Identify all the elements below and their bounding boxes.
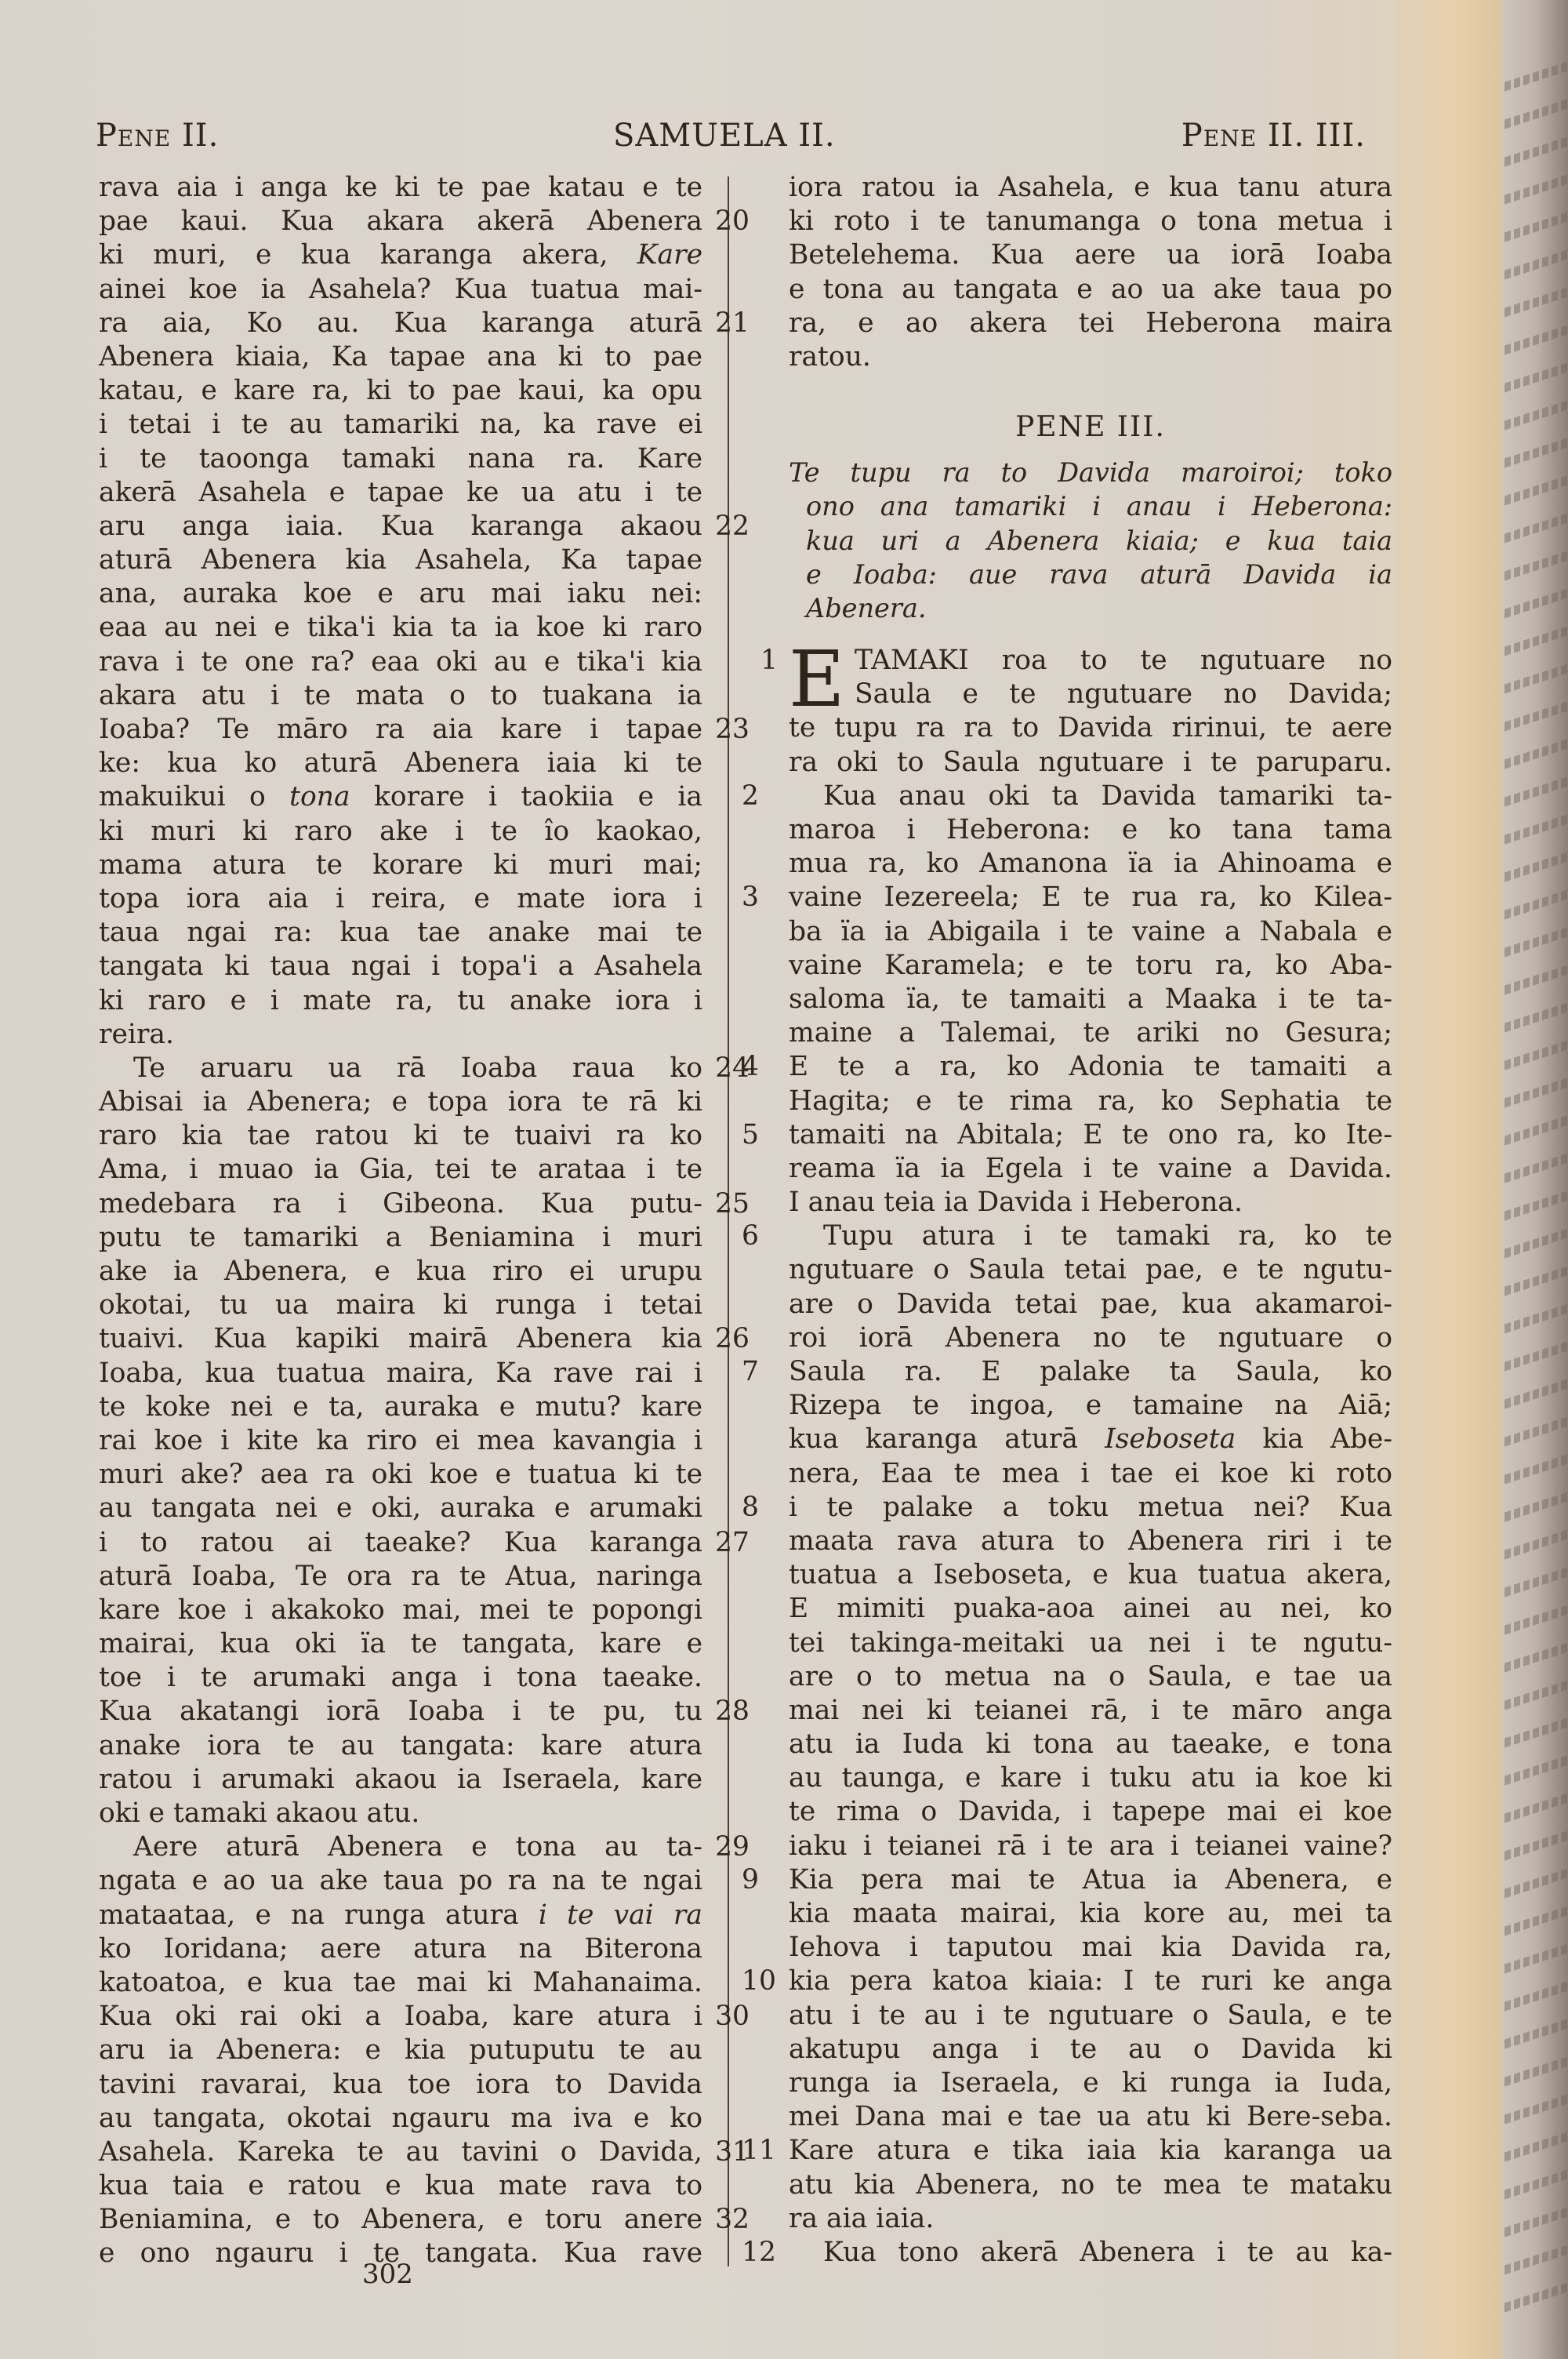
adjacent-page-text — [1504, 59, 1568, 91]
adjacent-page-text — [1504, 1903, 1568, 1936]
text-line: E te a ra, ko Adonia te tamaiti a4 — [789, 1050, 1392, 1084]
text-line: i te taoonga tamaki nana ra. Kare — [99, 442, 702, 476]
adjacent-page-text — [1504, 511, 1568, 543]
text-line: mai nei ki teianei rā, i te māro anga — [789, 1694, 1392, 1728]
text-line: makuikui o tona korare i taokiia e ia — [99, 780, 702, 814]
text-line: mama atura te korare ki muri mai; — [99, 849, 702, 882]
adjacent-page-text — [1504, 2129, 1568, 2161]
text-line: mei Dana mai e tae ua atu ki Bere-seba. — [789, 2100, 1392, 2134]
adjacent-page-text — [1504, 2167, 1568, 2199]
text-line: ki muri ki raro ake i te îo kaokao, — [99, 815, 702, 849]
adjacent-page-text — [1504, 623, 1568, 656]
text-line: pae kaui. Kua akara akerā Abenera20 — [99, 205, 702, 238]
text-line: raro kia tae ratou ki te tuaivi ra ko — [99, 1119, 702, 1153]
left-column: rava aia i anga ke ki te pae katau e tep… — [99, 171, 702, 2271]
text-line: kia pera katoa kiaia: I te ruri ke anga1… — [789, 1965, 1392, 1998]
text-line: Abenera kiaia, Ka tapae ana ki to pae — [99, 340, 702, 374]
verse-number: 9 — [742, 1863, 778, 1897]
verse-number: 21 — [715, 307, 750, 340]
text-line: Tupu atura i te tamaki ra, ko te6 — [789, 1219, 1392, 1253]
summary-line: Te tupu ra to Davida maroiroi; toko — [789, 456, 1392, 489]
adjacent-page-text — [1504, 1941, 1568, 1973]
adjacent-page-text — [1504, 247, 1568, 279]
adjacent-page-edge — [1501, 0, 1568, 2359]
adjacent-page-text — [1504, 435, 1568, 467]
text-line: Saula e te ngutuare no Davida; — [789, 678, 1392, 711]
verse-number: 29 — [715, 1830, 750, 1864]
adjacent-page-text — [1504, 1226, 1568, 1258]
text-line: Kua tono akerā Abenera i te au ka-12 — [789, 2236, 1392, 2270]
adjacent-page-text — [1504, 1790, 1568, 1823]
text-line: atu ia Iuda ki tona au taeake, e tona — [789, 1728, 1392, 1761]
text-line: ki muri, e kua karanga akera, Kare — [99, 238, 702, 272]
text-line: kia maata mairai, kia kore au, mei ta — [789, 1897, 1392, 1931]
adjacent-page-text — [1504, 2242, 1568, 2274]
adjacent-page-text — [1504, 736, 1568, 769]
verse-number: 20 — [715, 205, 750, 238]
text-line: Hagita; e te rima ra, ko Sephatia te — [789, 1085, 1392, 1118]
verse-number: 8 — [742, 1491, 778, 1525]
adjacent-page-text — [1504, 1414, 1568, 1446]
text-line: oki e tamaki akaou atu. — [99, 1797, 702, 1830]
adjacent-page-text — [1504, 1602, 1568, 1634]
verse-number: 11 — [742, 2134, 778, 2168]
adjacent-page-text — [1504, 1075, 1568, 1107]
text-line: tuaivi. Kua kapiki mairā Abenera kia26 — [99, 1322, 702, 1356]
text-line: te koke nei e ta, auraka e mutu? kare — [99, 1390, 702, 1424]
text-line: kare koe i akakoko mai, mei te popongi — [99, 1594, 702, 1627]
text-line: iora ratou ia Asahela, e kua tanu atura — [789, 171, 1392, 205]
verse-number: 30 — [715, 2000, 750, 2034]
verse-number: 10 — [742, 1965, 778, 1998]
text-line: I anau teia ia Davida i Heberona. — [789, 1186, 1392, 1219]
text-line: tavini ravarai, kua toe iora to Davida — [99, 2068, 702, 2102]
adjacent-page-text — [1504, 360, 1568, 392]
adjacent-page-text — [1504, 1113, 1568, 1145]
text-line: i tetai i te au tamariki na, ka rave ei — [99, 408, 702, 442]
column-divider — [728, 176, 729, 2266]
adjacent-page-text — [1504, 1715, 1568, 1747]
adjacent-page-text — [1504, 172, 1568, 204]
text-line: maine a Talemai, te ariki no Gesura; — [789, 1016, 1392, 1050]
adjacent-page-text — [1504, 812, 1568, 844]
text-line: Kua anau oki ta Davida tamariki ta-2 — [789, 780, 1392, 813]
adjacent-page-text — [1504, 849, 1568, 881]
text-line: muri ake? aea ra oki koe e tuatua ki te — [99, 1458, 702, 1492]
text-line: akatupu anga i te au o Davida ki — [789, 2033, 1392, 2066]
text-line: Iehova i taputou mai kia Davida ra, — [789, 1931, 1392, 1965]
text-line: te tupu ra ra to Davida ririnui, te aere — [789, 711, 1392, 745]
text-line: aru anga iaia. Kua karanga akaou22 — [99, 510, 702, 543]
text-line: mataataa, e na runga atura i te vai ra — [99, 1899, 702, 1932]
adjacent-page-text — [1504, 925, 1568, 957]
adjacent-page-text — [1504, 887, 1568, 919]
text-line: Betelehema. Kua aere ua iorā Ioaba — [789, 238, 1392, 272]
verse-number: 7 — [742, 1355, 778, 1389]
verse-number: 2 — [742, 780, 778, 813]
text-line: roi iorā Abenera no te ngutuare o — [789, 1321, 1392, 1355]
adjacent-page-text — [1504, 1301, 1568, 1333]
text-line: reira. — [99, 1018, 702, 1052]
text-line: ake ia Abenera, e kua riro ei urupu — [99, 1255, 702, 1289]
adjacent-page-text — [1504, 96, 1568, 129]
adjacent-page-text — [1504, 322, 1568, 354]
text-line: rava i te one ra? eaa oki au e tika'i ki… — [99, 645, 702, 679]
italic-text: i te vai ra — [539, 1899, 702, 1931]
text-line: vaine Iezereela; E te rua ra, ko Kilea-3 — [789, 881, 1392, 914]
adjacent-page-text — [1504, 699, 1568, 731]
summary-line: Abenera. — [789, 591, 1392, 625]
italic-text: tona — [289, 781, 350, 812]
adjacent-page-text — [1504, 1376, 1568, 1408]
adjacent-page-text — [1504, 209, 1568, 242]
text-line: ke: kua ko aturā Abenera iaia ki te — [99, 747, 702, 780]
text-line: katoatoa, e kua tae mai ki Mahanaima. — [99, 1966, 702, 2000]
text-line: ra aia, Ko au. Kua karanga aturā21 — [99, 307, 702, 340]
text-line: Kua akatangi iorā Ioaba i te pu, tu28 — [99, 1695, 702, 1728]
text-line: ki raro e i mate ra, tu anake iora i — [99, 984, 702, 1018]
text-line: maata rava atura to Abenera riri i te — [789, 1525, 1392, 1558]
text-line: aru ia Abenera: e kia putuputu te au — [99, 2034, 702, 2067]
italic-text: Kare — [637, 239, 702, 271]
verse-number: 6 — [742, 1219, 778, 1253]
text-line: atu i te au i te ngutuare o Saula, e te — [789, 1999, 1392, 2033]
text-line: Ioaba, kua tuatua maira, Ka rave rai i — [99, 1357, 702, 1390]
text-line: tuatua a Iseboseta, e kua tuatua akera, — [789, 1558, 1392, 1592]
adjacent-page-text — [1504, 1565, 1568, 1597]
text-line: au taunga, e kare i tuku atu ia koe ki — [789, 1761, 1392, 1795]
verse-number: 1 — [742, 644, 778, 678]
text-line: reama ïa ia Egela i te vaine a Davida. — [789, 1152, 1392, 1186]
text-line: mua ra, ko Amanona ïa ia Ahinoama e — [789, 847, 1392, 881]
verse-number: 27 — [715, 1526, 750, 1560]
text-line: medebara ra i Gibeona. Kua putu-25 — [99, 1187, 702, 1221]
text-line: ratou i arumaki akaou ia Iseraela, kare — [99, 1763, 702, 1797]
adjacent-page-text — [1504, 1979, 1568, 2011]
text-line: ainei koe ia Asahela? Kua tuatua mai- — [99, 273, 702, 307]
text-line: ra aia iaia. — [789, 2202, 1392, 2236]
verse-number: 32 — [715, 2203, 750, 2237]
text-line: taua ngai ra: kua tae anake mai te — [99, 916, 702, 950]
text-line: toe i te arumaki anga i tona taeake. — [99, 1661, 702, 1695]
text-line: topa iora aia i reira, e mate iora i — [99, 882, 702, 916]
summary-line: kua uri a Abenera kiaia; e kua taia — [789, 524, 1392, 558]
page-number: 302 — [362, 2259, 413, 2290]
text-line: Kia pera mai te Atua ia Abenera, e9 — [789, 1863, 1392, 1897]
adjacent-page-text — [1504, 1038, 1568, 1070]
adjacent-page-text — [1504, 2205, 1568, 2237]
text-line: ana, auraka koe e aru mai iaku nei: — [99, 577, 702, 611]
text-line: eaa au nei e tika'i kia ta ia koe ki rar… — [99, 611, 702, 645]
text-line: kua karanga aturā Iseboseta kia Abe- — [789, 1423, 1392, 1456]
text-line: anake iora te au tangata: kare atura — [99, 1729, 702, 1763]
adjacent-page-text — [1504, 2092, 1568, 2124]
verse-number: 3 — [742, 881, 778, 914]
page-gutter-fold — [1396, 0, 1501, 2359]
adjacent-page-text — [1504, 2280, 1568, 2312]
adjacent-page-text — [1504, 1828, 1568, 1860]
adjacent-page-text — [1504, 398, 1568, 430]
adjacent-page-text — [1504, 1000, 1568, 1032]
summary-line: ono ana tamariki i anau i Heberona: — [789, 489, 1392, 523]
text-line: TAMAKI roa to te ngutuare no — [789, 644, 1392, 678]
verse-number: 5 — [742, 1118, 778, 1152]
text-line: ra oki to Saula ngutuare i te paruparu. — [789, 746, 1392, 780]
text-line: atu kia Abenera, no te mea te mataku — [789, 2168, 1392, 2202]
adjacent-page-text — [1504, 1489, 1568, 1521]
text-line: Kare atura e tika iaia kia karanga ua11 — [789, 2134, 1392, 2168]
text-line: tangata ki taua ngai i topa'i a Asahela — [99, 950, 702, 983]
text-line: Rizepa te ingoa, e tamaine na Aiā; — [789, 1389, 1392, 1423]
verse-number: 12 — [742, 2236, 778, 2270]
text-line: rai koe i kite ka riro ei mea kavangia i — [99, 1424, 702, 1458]
adjacent-page-text — [1504, 134, 1568, 166]
text-line: kua taia e ratou e kua mate rava to — [99, 2169, 702, 2203]
verse-1-opening: 1 E TAMAKI roa to te ngutuare no Saula e… — [789, 644, 1392, 711]
adjacent-page-text — [1504, 774, 1568, 806]
text-line: i te palake a toku metua nei? Kua8 — [789, 1491, 1392, 1525]
adjacent-page-text — [1504, 2016, 1568, 2048]
text-line: Asahela. Kareka te au tavini o Davida,31 — [99, 2135, 702, 2169]
text-line: Beniamina, e to Abenera, e toru anere32 — [99, 2203, 702, 2237]
text-line: ngata e ao ua ake taua po ra na te ngai — [99, 1864, 702, 1898]
running-head-right: Pene II. III. — [1181, 118, 1366, 154]
adjacent-page-text — [1504, 1677, 1568, 1710]
text-line: Te aruaru ua rā Ioaba raua ko24 — [99, 1052, 702, 1085]
adjacent-page-text — [1504, 1263, 1568, 1296]
adjacent-page-text — [1504, 1866, 1568, 1898]
running-head: Pene II. SAMUELA II. Pene II. III. — [96, 118, 1366, 165]
text-line: aturā Ioaba, Te ora ra te Atua, naringa — [99, 1560, 702, 1594]
text-line: Aere aturā Abenera e tona au ta-29 — [99, 1830, 702, 1864]
running-head-left: Pene II. — [96, 118, 219, 154]
adjacent-page-text — [1504, 1527, 1568, 1559]
adjacent-page-text — [1504, 1640, 1568, 1672]
verse-number: 28 — [715, 1695, 750, 1728]
chapter-2-ending: iora ratou ia Asahela, e kua tanu aturak… — [789, 171, 1392, 374]
text-line: saloma ïa, te tamaiti a Maaka i te ta- — [789, 983, 1392, 1016]
text-line: tamaiti na Abitala; E te ono ra, ko Ite-… — [789, 1118, 1392, 1152]
right-column: iora ratou ia Asahela, e kua tanu aturak… — [789, 171, 1392, 2270]
text-line: katau, e kare ra, ki to pae kaui, ka opu — [99, 374, 702, 408]
verse-number: 4 — [742, 1050, 778, 1084]
adjacent-page-text — [1504, 586, 1568, 618]
verse-number: 23 — [715, 713, 750, 747]
text-line: te rima o Davida, i tapepe mai ei koe — [789, 1795, 1392, 1829]
adjacent-page-text — [1504, 473, 1568, 505]
adjacent-page-text — [1504, 962, 1568, 994]
adjacent-page-text — [1504, 1452, 1568, 1484]
adjacent-page-text — [1504, 1188, 1568, 1220]
text-line: runga ia Iseraela, e ki runga ia Iuda, — [789, 2066, 1392, 2100]
text-line: ki roto i te tanumanga o tona metua i — [789, 205, 1392, 238]
adjacent-page-text — [1504, 285, 1568, 317]
text-line: Ioaba? Te māro ra aia kare i tapae23 — [99, 713, 702, 747]
adjacent-page-text — [1504, 1150, 1568, 1183]
verse-number: 25 — [715, 1187, 750, 1221]
adjacent-page-text — [1504, 1339, 1568, 1371]
text-line: akara atu i te mata o to tuakana ia — [99, 679, 702, 713]
text-line: mairai, kua oki ïa te tangata, kare e — [99, 1627, 702, 1661]
chapter-3-text: te tupu ra ra to Davida ririnui, te aere… — [789, 711, 1392, 2270]
chapter-title: PENE III. — [789, 405, 1392, 449]
text-line: Saula ra. E palake ta Saula, ko7 — [789, 1355, 1392, 1389]
text-line: au tangata, okotai ngauru ma iva e ko — [99, 2102, 702, 2135]
text-line: Kua oki rai oki a Ioaba, kare atura i30 — [99, 2000, 702, 2034]
text-line: E mimiti puaka-aoa ainei au nei, ko — [789, 1592, 1392, 1626]
text-line: aturā Abenera kia Asahela, Ka tapae — [99, 543, 702, 577]
text-line: i to ratou ai taeake? Kua karanga27 — [99, 1526, 702, 1560]
text-line: nera, Eaa te mea i tae ei koe ki roto — [789, 1457, 1392, 1491]
verse-number: 22 — [715, 510, 750, 543]
text-line: vaine Karamela; e te toru ra, ko Aba- — [789, 949, 1392, 983]
text-line: ratou. — [789, 340, 1392, 374]
chapter-summary: Te tupu ra to Davida maroiroi; tokoono a… — [789, 456, 1392, 625]
text-line: okotai, tu ua maira ki runga i tetai — [99, 1289, 702, 1322]
text-line: e tona au tangata e ao ua ake taua po — [789, 273, 1392, 307]
adjacent-page-text — [1504, 2054, 1568, 2086]
adjacent-page-text — [1504, 548, 1568, 580]
text-line: are o to metua na o Saula, e tae ua — [789, 1660, 1392, 1694]
text-line: tei takinga-meitaki ua nei i te ngutu- — [789, 1627, 1392, 1660]
text-line: rava aia i anga ke ki te pae katau e te — [99, 171, 702, 205]
text-line: ngutuare o Saula tetai pae, e te ngutu- — [789, 1253, 1392, 1287]
adjacent-page-text — [1504, 1753, 1568, 1785]
adjacent-page-text — [1504, 661, 1568, 693]
text-line: ba ïa ia Abigaila i te vaine a Nabala e — [789, 915, 1392, 949]
text-line: iaku i teianei rā i te ara i teianei vai… — [789, 1830, 1392, 1863]
text-line: akerā Asahela e tapae ke ua atu i te — [99, 476, 702, 510]
text-line: ra, e ao akera tei Heberona maira — [789, 307, 1392, 340]
text-line: au tangata nei e oki, auraka e arumaki — [99, 1492, 702, 1525]
text-line: are o Davida tetai pae, kua akamaroi- — [789, 1288, 1392, 1321]
summary-line: e Ioaba: aue rava aturā Davida ia — [789, 558, 1392, 591]
text-line: maroa i Heberona: e ko tana tama — [789, 813, 1392, 847]
running-head-book-title: SAMUELA II. — [613, 118, 836, 154]
text-line: putu te tamariki a Beniamina i muri — [99, 1221, 702, 1255]
text-line: Abisai ia Abenera; e topa iora te rā ki — [99, 1085, 702, 1119]
italic-text: Iseboseta — [1105, 1423, 1236, 1455]
text-line: Ama, i muao ia Gia, tei te arataa i te — [99, 1153, 702, 1187]
text-line: ko Ioridana; aere atura na Biterona — [99, 1932, 702, 1966]
verse-number: 26 — [715, 1322, 750, 1356]
